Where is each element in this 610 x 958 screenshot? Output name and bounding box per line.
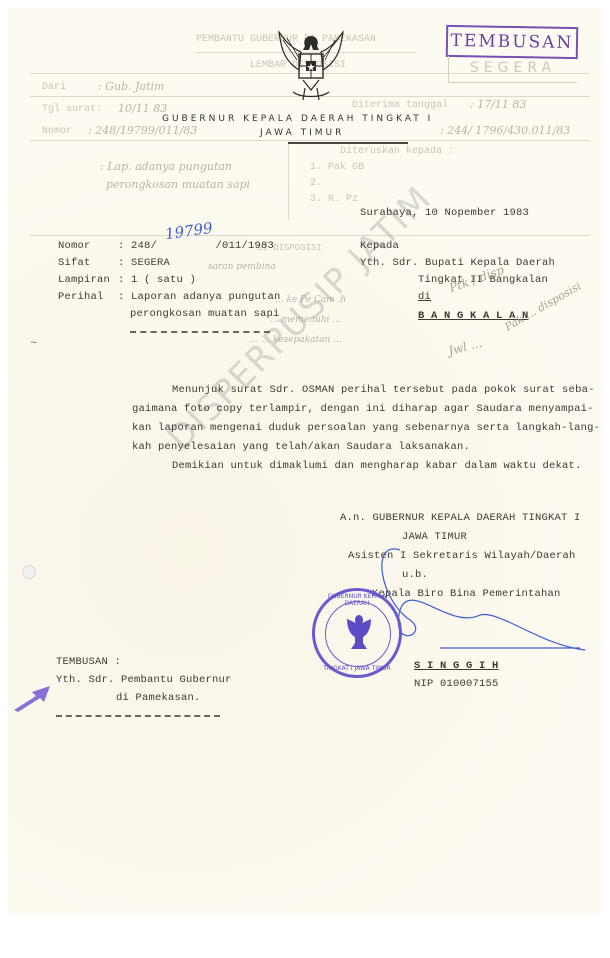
sifat-label: Sifat bbox=[58, 257, 91, 269]
ghost-rule bbox=[288, 140, 289, 220]
form-perihal-hand-2: perongkosan muatan sapi bbox=[106, 178, 250, 191]
form-tgl-surat-value: 10/11 83 bbox=[118, 102, 167, 115]
letterhead-rule bbox=[288, 142, 408, 144]
segera-stamp: SEGERA bbox=[448, 56, 577, 83]
perihal-cont: perongkosan muatan sapi bbox=[130, 308, 280, 320]
tembusan-separator bbox=[56, 715, 220, 717]
form-agenda-value: : 244/ 1796/430.011/83 bbox=[440, 124, 570, 137]
form-diteruskan-item-2: 2. bbox=[310, 178, 322, 189]
form-dari-value: : Gub. Jatim bbox=[98, 80, 164, 93]
nomor-label: Nomor bbox=[58, 240, 91, 252]
sifat-value: : SEGERA bbox=[118, 257, 170, 269]
perihal-separator bbox=[130, 331, 270, 333]
garuda-emblem-icon bbox=[275, 30, 347, 113]
form-tgl-surat-label: Tgl surat: bbox=[42, 104, 102, 115]
form-perihal-hand-1: : Lap. adanya pungutan bbox=[100, 160, 232, 173]
form-disposisi-hand-1: saran pembina bbox=[208, 262, 276, 272]
signature-line1: A.n. GUBERNUR KEPALA DAERAH TINGKAT I bbox=[340, 512, 581, 524]
recipient-line1: Yth. Sdr. Bupati Kepala Daerah bbox=[360, 257, 555, 269]
green-pen-mark: ~ bbox=[30, 338, 38, 348]
form-diteruskan-label: Diteruskan kepada : bbox=[340, 146, 454, 157]
tembusan-stamp: TEMBUSAN bbox=[446, 25, 579, 59]
official-seal: GUBERNUR KEPALA DAERAH TINGKAT I JAWA TI… bbox=[312, 588, 402, 678]
form-diterima-value: : 17/11 83 bbox=[470, 98, 526, 111]
letterhead-line2: JAWA TIMUR bbox=[260, 128, 344, 138]
ghost-rule bbox=[30, 140, 590, 141]
body-line-1: Menunjuk surat Sdr. OSMAN perihal terseb… bbox=[172, 384, 595, 396]
form-nomor-label: Nomor bbox=[42, 126, 72, 137]
form-nomor-value: : 248/19799/011/83 bbox=[88, 124, 197, 137]
signatory-nip: NIP 010007155 bbox=[414, 678, 499, 690]
tembusan-label: TEMBUSAN : bbox=[56, 656, 121, 668]
recipient-di: di bbox=[418, 291, 431, 303]
signatory-name: S I N G G I H bbox=[414, 660, 499, 672]
letterhead-line1: GUBERNUR KEPALA DAERAH TINGKAT I bbox=[162, 114, 433, 124]
body-line-2: gaimana foto copy terlampir, dengan ini … bbox=[132, 403, 594, 415]
nomor-value: : 248/ /011/1983 bbox=[118, 240, 274, 252]
lampiran-label: Lampiran bbox=[58, 274, 110, 286]
closing-line: Demikian untuk dimaklumi dan mengharap k… bbox=[172, 460, 582, 472]
ghost-rule bbox=[30, 235, 590, 236]
body-line-3: kan laporan mengenai duduk persoalan yan… bbox=[132, 422, 600, 434]
form-diteruskan-item-1: 1. Pak GB bbox=[310, 162, 364, 173]
seal-bottom-text: TINGKAT I JAWA TIMUR bbox=[315, 665, 399, 672]
punch-hole bbox=[22, 565, 36, 579]
lampiran-value: : 1 ( satu ) bbox=[118, 274, 196, 286]
form-diterima-label: Diterima tanggal bbox=[352, 100, 448, 111]
tembusan-line1: Yth. Sdr. Pembantu Gubernur bbox=[56, 674, 232, 686]
form-dari-label: Dari bbox=[42, 82, 66, 93]
form-diteruskan-item-3: 3. R. Pz bbox=[310, 194, 358, 205]
place-date: Surabaya, 10 Nopember 1983 bbox=[360, 207, 529, 219]
kepada-label: Kepada bbox=[360, 240, 399, 252]
arrow-pointer-icon bbox=[12, 684, 52, 714]
perihal-value: : Laporan adanya pungutan bbox=[118, 291, 281, 303]
seal-garuda-icon bbox=[341, 613, 377, 653]
perihal-label: Perihal bbox=[58, 291, 104, 303]
body-line-4: kah penyelesaian yang telah/akan Saudara… bbox=[132, 441, 470, 453]
tembusan-line2: di Pamekasan. bbox=[116, 692, 201, 704]
